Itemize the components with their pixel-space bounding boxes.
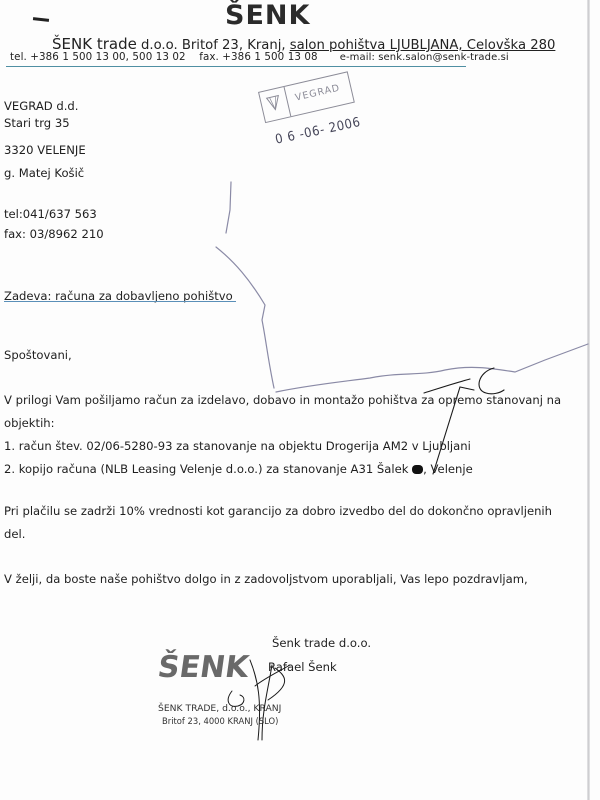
list-item-invoice-copy: 2. kopijo računa (NLB Leasing Velenje d.… [4, 462, 473, 476]
list-item-invoice: 1. račun štev. 02/06-5280-93 za stanovan… [4, 439, 471, 453]
stamp-label: VEGRAD [294, 83, 341, 104]
recipient-city: 3320 VELENJE [4, 143, 86, 157]
seal-address-line: Britof 23, 4000 KRANJ (SLO) [162, 716, 278, 726]
retention-line-2: del. [4, 527, 25, 541]
recipient-fax: fax: 03/8962 210 [4, 227, 104, 241]
handwritten-initials [424, 368, 504, 474]
company-email: e-mail: senk.salon@senk-trade.si [340, 52, 509, 63]
retention-line-1: Pri plačilu se zadrži 10% vrednosti kot … [4, 504, 552, 518]
scan-mark [33, 17, 49, 22]
signatory-name: Rafael Šenk [268, 660, 337, 674]
vegrad-logo-icon [265, 93, 282, 112]
stamp-date: 0 6 -06- 2006 [274, 115, 362, 148]
recipient-tel: tel:041/637 563 [4, 207, 97, 221]
intro-line-1: V prilogi Vam pošiljamo račun za izdelav… [4, 393, 561, 407]
letterhead-divider [6, 66, 466, 67]
paper-tear-lines [216, 182, 588, 392]
recipient-street: Stari trg 35 [4, 116, 70, 130]
closing-line: V želji, da boste naše pohištvo dolgo in… [4, 572, 528, 586]
scan-edge [587, 0, 590, 800]
company-seal-logo: ŠENK [156, 650, 251, 685]
redaction-mark [412, 465, 423, 474]
greeting: Spoštovani, [4, 348, 72, 362]
seal-company-line: ŠENK TRADE, d.o.o., KRANJ [158, 703, 281, 714]
subject-underline [4, 301, 236, 302]
letterhead-contacts: tel. +386 1 500 13 00, 500 13 02 fax. +3… [10, 51, 509, 63]
recipient-contact: g. Matej Košič [4, 166, 84, 180]
company-logo: ŠENK [225, 0, 310, 31]
company-phone: tel. +386 1 500 13 00, 500 13 02 [10, 51, 186, 63]
recipient-company: VEGRAD d.d. [4, 99, 78, 113]
company-fax: fax. +386 1 500 13 08 [199, 51, 317, 63]
received-stamp: VEGRAD [258, 71, 355, 123]
intro-line-2: objektih: [4, 416, 55, 430]
signature-company: Šenk trade d.o.o. [272, 636, 371, 650]
